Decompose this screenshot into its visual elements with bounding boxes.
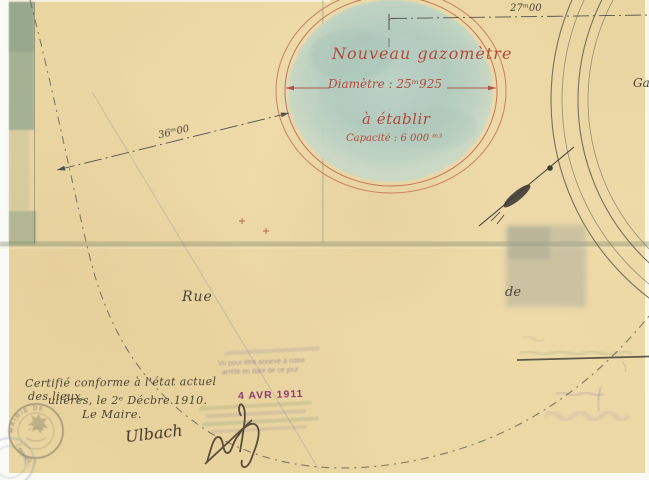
bleed-through-marks [520,337,632,420]
wash-patch-left [9,2,36,245]
date-stamp: 4 AVR 1911 [238,388,304,402]
certification-line-1: Certifié conforme à l'état actuel [25,375,217,390]
new-gasometer-circle [276,0,506,193]
north-arrow [479,147,574,226]
certification-line-3: ulières, le 2ᵉ Décbre 1910. [48,394,207,407]
scanned-plan-page: MAIRIE DE ( NORD ) Nouveau gazomètre Dia… [0,0,649,480]
certification-line-4: Le Maire. [82,407,142,421]
street-name-de: de [505,285,521,300]
fold-crease-vertical [34,0,324,243]
gasometer-status-label: à établir [362,110,430,128]
gasometer-capacity-label: Capacité : 6 000 ᵐ³ [346,133,442,144]
red-survey-ticks [239,218,269,234]
dimension-27-label: 27ᵐ00 [510,3,542,14]
gasometer-title-label: Nouveau gazomètre [332,44,512,63]
street-name-rue: Rue [182,289,213,305]
road-edge-line [517,357,649,361]
gasometer-diameter-label: Diamètre : 25ᵐ925 [328,77,442,91]
mairie-stamp: MAIRIE DE ( NORD ) [9,404,63,465]
partial-label-ga: Ga [633,76,649,90]
dimension-36-line [57,113,289,171]
